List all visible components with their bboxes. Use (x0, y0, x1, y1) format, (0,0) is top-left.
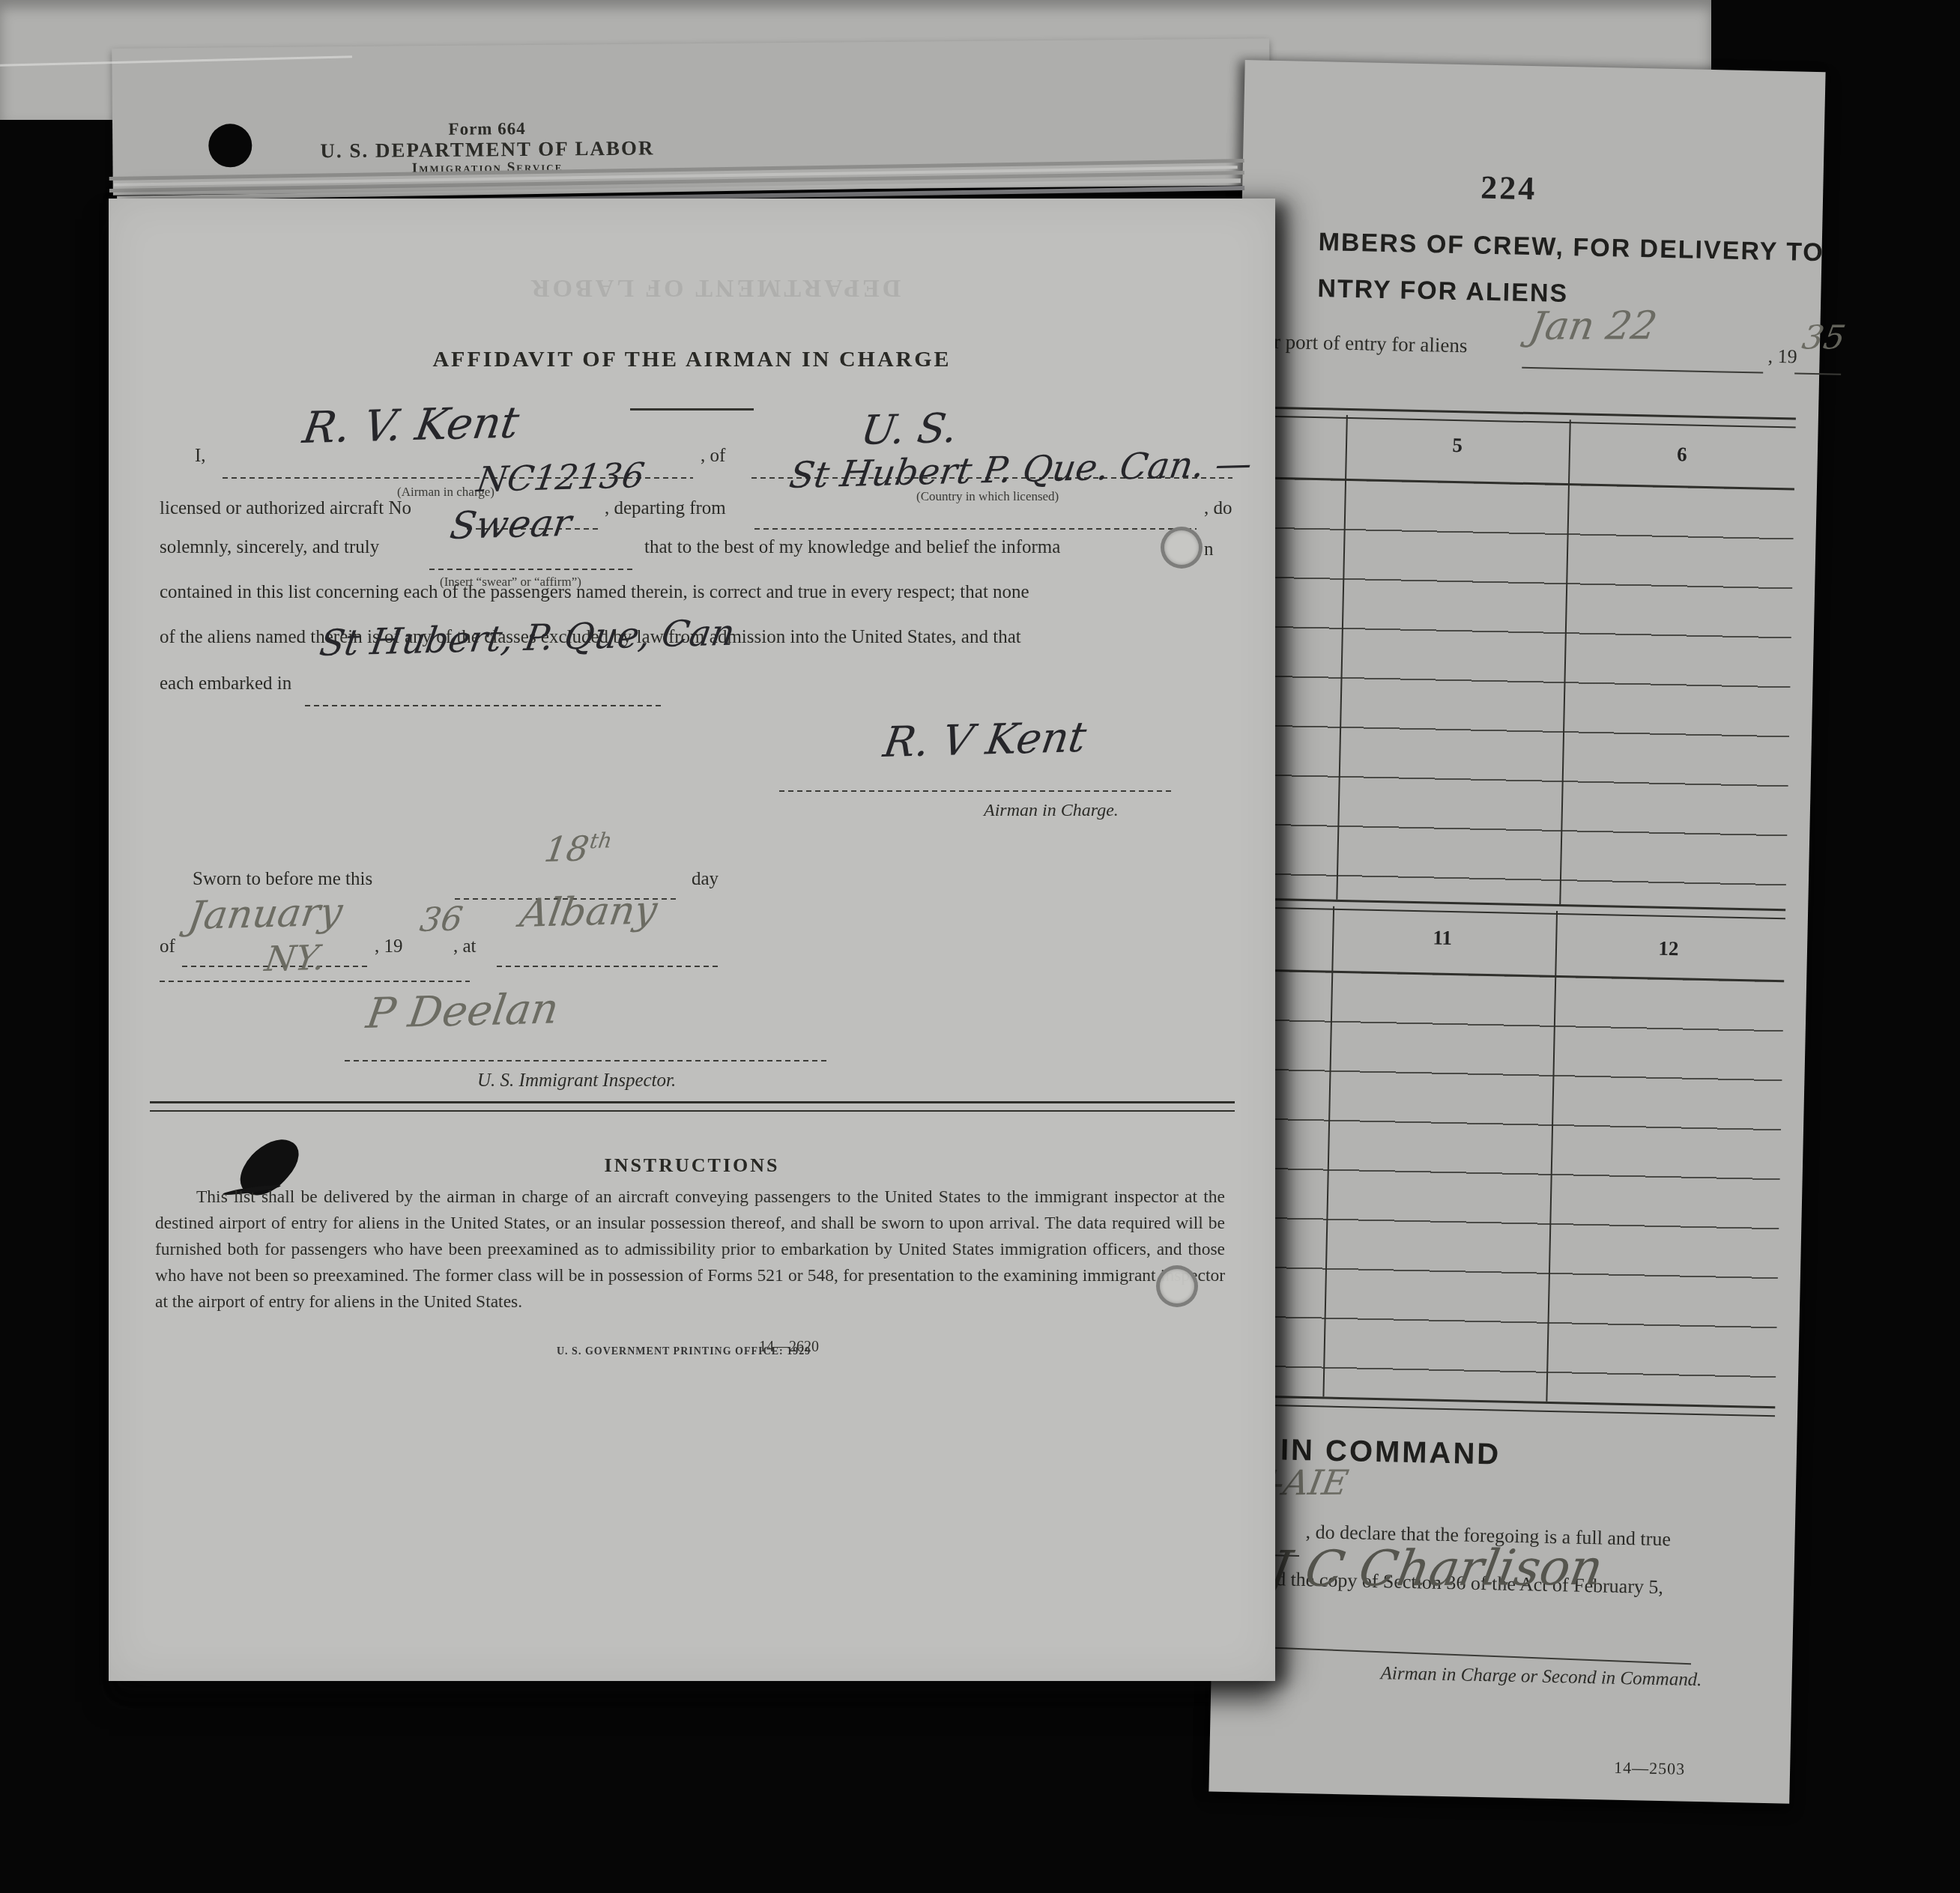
crew-heading-line1: MBERS OF CREW, FOR DELIVERY TO (1318, 228, 1824, 267)
of-label: , of (701, 446, 725, 467)
handwritten-departure: St Hubert P. Que. Can. — (787, 443, 1255, 497)
instructions-heading: INSTRUCTIONS (109, 1154, 1275, 1177)
handwritten-year-36: 36 (417, 900, 465, 939)
city-dotted-line (497, 966, 722, 967)
section-divider-double-rule (150, 1101, 1235, 1112)
handwritten-date: Jan 22 (1526, 303, 1660, 349)
column-header-11: 11 (1420, 926, 1466, 950)
print-code-2620: 14—2620 (759, 1339, 819, 1356)
airman-signature-label: Airman in Charge. (984, 801, 1119, 821)
handwritten-embark-place: St Hubert, P. Que, Can (317, 612, 737, 664)
do-label: , do (1204, 498, 1232, 519)
inspector-dotted-line (345, 1060, 830, 1061)
solemnly-label: solemnly, sincerely, and truly (160, 537, 379, 558)
table-header-band-1: 5 6 (1236, 413, 1796, 491)
scanned-document-page: { "header_page": { "form_no": "Form 664"… (0, 0, 1960, 1893)
sworn-of-label: of (160, 936, 175, 957)
column-header-5: 5 (1435, 433, 1480, 457)
year-prefix-label: , 19 (375, 936, 403, 957)
crew-signature-line (1243, 1646, 1691, 1665)
crew-signature: J C Charlison (1265, 1539, 1607, 1598)
belief-text-tail: n (1204, 539, 1214, 560)
department-name: U. S. DEPARTMENT OF LABOR (292, 137, 682, 163)
inspector-signature: P Deelan (363, 984, 562, 1038)
affidavit-title: AFFIDAVIT OF THE AIRMAN IN CHARGE (109, 347, 1275, 372)
ghost-bleedthrough-text: DEPARTMENT OF LABOR (528, 273, 901, 302)
column-header-12: 12 (1646, 936, 1692, 960)
crew-list-page: 224 MBERS OF CREW, FOR DELIVERY TO NTRY … (1209, 60, 1825, 1804)
table2-rows (1217, 971, 1784, 1406)
day-number: 18 (542, 828, 592, 870)
punch-hole (208, 124, 252, 168)
departure-dotted-line (754, 528, 1197, 530)
title-rule (630, 408, 754, 411)
at-label: , at (453, 936, 477, 957)
handwritten-month: January (185, 890, 345, 939)
signature-dotted-line (779, 790, 1175, 792)
state-dotted-line (160, 981, 470, 982)
handwritten-airman-name: R. V. Kent (300, 397, 522, 453)
handwritten-oath-word: Swear (447, 501, 575, 548)
table1-rows (1227, 479, 1794, 909)
oath-dotted-line (429, 569, 633, 570)
page-number-stamp: 224 (1480, 169, 1537, 208)
handwritten-state: NY. (262, 937, 328, 979)
inspector-label: U. S. Immigrant Inspector. (477, 1070, 676, 1091)
punch-ring-artifact-1 (1161, 527, 1203, 569)
handwritten-day: 18th (542, 828, 614, 870)
column-header-6: 6 (1660, 443, 1705, 467)
date-underline (1522, 367, 1763, 374)
print-code-2503: 14—2503 (1614, 1758, 1686, 1779)
belief-text: that to the best of my knowledge and bel… (644, 537, 1060, 558)
year-underline (1794, 372, 1841, 375)
i-label: I, (195, 446, 206, 467)
embarked-label: each embarked in (160, 673, 291, 694)
year-prefix: , 19 (1767, 345, 1797, 369)
sworn-label: Sworn to before me this (193, 869, 372, 890)
handwritten-country: U. S. (858, 405, 961, 454)
crew-signature-label: Airman in Charge or Second in Command. (1380, 1663, 1702, 1691)
day-suffix: th (588, 828, 614, 853)
embark-dotted-line (305, 705, 663, 706)
affidavit-line4: contained in this list concerning each o… (160, 582, 1029, 603)
aircraft-no-label: licensed or authorized aircraft No (160, 498, 411, 519)
handwritten-year: 35 (1800, 318, 1848, 357)
affidavit-page: DEPARTMENT OF LABOR AFFIDAVIT OF THE AIR… (109, 199, 1275, 1681)
departing-from-label: , departing from (605, 498, 726, 519)
instructions-body: This list shall be delivered by the airm… (155, 1184, 1225, 1315)
day-word: day (692, 869, 719, 890)
table-header-band-2: 11 12 (1226, 904, 1785, 983)
handwritten-city: Albany (517, 888, 660, 936)
punch-ring-artifact-2 (1156, 1265, 1198, 1307)
airman-signature: R. V Kent (880, 713, 1089, 767)
crew-heading-line2: NTRY FOR ALIENS (1317, 274, 1569, 309)
handwritten-aircraft-no: NC12136 (474, 455, 647, 500)
port-of-entry-label: r port of entry for aliens (1274, 330, 1468, 357)
